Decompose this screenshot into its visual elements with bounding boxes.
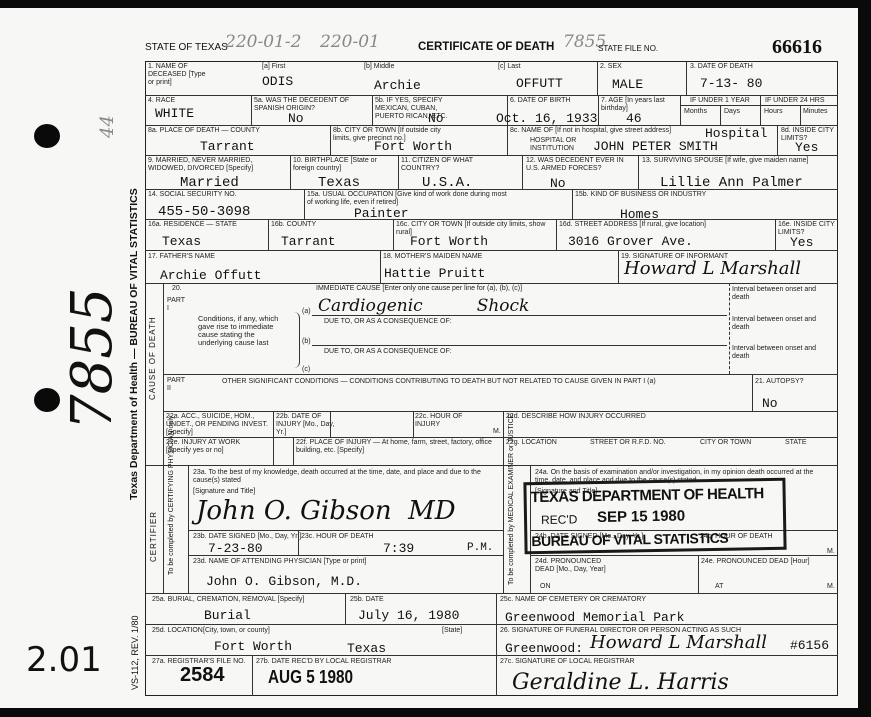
months-label: Months	[684, 108, 707, 116]
f25d-state: Texas	[347, 641, 386, 656]
f9-value: Married	[180, 175, 239, 191]
f25b-label: 25b. DATE	[350, 596, 384, 604]
f27c-signature: Geraldine L. Harris	[512, 670, 729, 695]
f8d-value: Yes	[795, 140, 818, 155]
f23c-suffix: P.M.	[467, 542, 493, 554]
days-label: Days	[724, 108, 740, 116]
f16e-value: Yes	[790, 235, 813, 250]
agency-label: Texas Department of Health — BUREAU OF V…	[128, 188, 140, 500]
f20-b-label: (b)	[302, 338, 311, 346]
f18-value: Hattie Pruitt	[384, 266, 485, 281]
f13-value: Lillie Ann Palmer	[660, 175, 803, 191]
punch-hole-top	[34, 124, 60, 148]
certifier-label: CERTIFIER	[149, 511, 158, 562]
f22c-suffix: M.	[493, 428, 501, 436]
f16a-label: 16a. RESIDENCE — STATE	[148, 221, 237, 229]
f22d-label: 22d. DESCRIBE HOW INJURY OCCURRED	[506, 413, 646, 421]
state-file-number: 66616	[772, 36, 822, 59]
f20-number: 20.	[172, 285, 182, 293]
state-file-label: STATE FILE NO.	[598, 44, 658, 53]
f20-a-value: Cardiogenic Shock	[318, 296, 529, 316]
f20-other-conditions: OTHER SIGNIFICANT CONDITIONS — CONDITION…	[222, 378, 656, 386]
f22b-label: 22b. DATE OF INJURY [Mo., Day, Yr.]	[276, 413, 346, 437]
f20-due-to-1: DUE TO, OR AS A CONSEQUENCE OF:	[324, 318, 452, 326]
f6-value: Oct. 16, 1933	[496, 111, 597, 126]
f12-value: No	[550, 176, 566, 191]
f20-immediate-label: IMMEDIATE CAUSE [Enter only one cause pe…	[316, 285, 522, 293]
f17-value: Archie Offutt	[160, 268, 261, 283]
f22g-state: STATE	[785, 439, 807, 447]
f20-interval-b: Interval between onset and death	[732, 316, 822, 332]
f20-part1: PART I	[167, 297, 187, 313]
f8a-value: Tarrant	[200, 139, 255, 154]
certificate-title: CERTIFICATE OF DEATH	[418, 41, 554, 53]
f26-suffix: #6156	[790, 638, 829, 653]
f8b-value: Fort Worth	[374, 139, 452, 154]
f22g-street: STREET OR R.F.D. NO.	[590, 439, 666, 447]
f19-signature: Howard L Marshall	[624, 258, 801, 279]
state-label: STATE OF TEXAS	[145, 42, 228, 53]
f21-value: No	[762, 396, 778, 411]
f25b-value: July 16, 1980	[358, 608, 459, 623]
f12-label: 12. WAS DECEDENT EVER IN U.S. ARMED FORC…	[526, 157, 636, 173]
medical-examiner-label: To be completed by MEDICAL EXAMINER or J…	[508, 414, 515, 585]
margin-note-bottom: 2.01	[26, 640, 102, 680]
stamp-date: SEP 15 1980	[597, 507, 685, 526]
f27a-value: 2584	[180, 664, 225, 687]
f25d-city-label: [City, town, or county]	[203, 627, 270, 635]
f5a-value: No	[288, 111, 304, 126]
f1-label: 1. NAME OF DECEASED [Type or print]	[148, 63, 208, 87]
f23c-label: 23c. HOUR OF DEATH	[301, 533, 374, 541]
f10-label: 10. BIRTHPLACE [State or foreign country…	[293, 157, 393, 173]
f4-label: 4. RACE	[148, 97, 175, 105]
f23a-label: 23a. To the best of my knowledge, death …	[193, 469, 493, 485]
f8a-label: 8a. PLACE OF DEATH — COUNTY	[148, 127, 260, 135]
f26-prefix: Greenwood:	[505, 641, 583, 656]
f20-part2: PART II	[167, 377, 181, 393]
hours-label: Hours	[764, 108, 783, 116]
f22e-label: 22e. INJURY AT WORK [Specify yes or no]	[166, 439, 266, 455]
f22f-label: 22f. PLACE OF INJURY — At home, farm, st…	[296, 439, 501, 455]
f25d-city: Fort Worth	[214, 639, 292, 654]
f20-c-label: (c)	[302, 366, 310, 374]
f9-label: 9. MARRIED, NEVER MARRIED, WIDOWED, DIVO…	[148, 157, 288, 173]
f23d-label: 23d. NAME OF ATTENDING PHYSICIAN [Type o…	[193, 558, 366, 566]
f27b-value: AUG 5 1980	[268, 667, 353, 688]
f23a-signature: John O. Gibson MD	[196, 496, 456, 526]
minutes-label: Minutes	[803, 108, 828, 116]
f8c-value-suffix: Hospital	[705, 126, 767, 141]
f16b-value: Tarrant	[281, 234, 336, 249]
form-number: VS-112, REV. 1/80	[130, 615, 140, 690]
f1-middle-label: [b] Middle	[364, 63, 394, 71]
f7-value: 46	[626, 111, 642, 126]
f20-conditions-note: Conditions, if any, which gave rise to i…	[198, 315, 288, 347]
f11-label: 11. CITIZEN OF WHAT COUNTRY?	[401, 157, 491, 173]
f5a-label: 5a. WAS THE DECEDENT OF SPANISH ORIGIN?	[254, 97, 369, 113]
f3-label: 3. DATE OF DEATH	[690, 63, 753, 71]
f1-first-value: ODIS	[262, 74, 293, 89]
f11-value: U.S.A.	[422, 175, 472, 191]
f25c-value: Greenwood Memorial Park	[505, 610, 684, 625]
f6-label: 6. DATE OF BIRTH	[510, 97, 570, 105]
f21-label: 21. AUTOPSY?	[755, 378, 804, 386]
f27c-label: 27c. SIGNATURE OF LOCAL REGISTRAR	[500, 658, 635, 666]
f24d-prefix: ON	[540, 583, 551, 591]
f23d-value: John O. Gibson, M.D.	[206, 574, 362, 589]
f22c-label: 22c. HOUR OF INJURY	[415, 413, 475, 429]
f24e-label: 24e. PRONOUNCED DEAD [Hour]	[701, 558, 810, 566]
f4-value: WHITE	[155, 106, 194, 121]
f10-value: Texas	[318, 175, 360, 191]
f25d-label: 25d. LOCATION	[152, 627, 203, 635]
f8c-value: JOHN PETER SMITH	[593, 139, 718, 154]
f3-value: 7-13- 80	[700, 76, 762, 91]
f1-first-label: [a] First	[262, 63, 285, 71]
f13-label: 13. SURVIVING SPOUSE [If wife, give maid…	[642, 157, 808, 165]
f14-label: 14. SOCIAL SECURITY NO.	[148, 191, 237, 199]
f17-label: 17. FATHER'S NAME	[148, 253, 215, 261]
margin-note-mid: 7855	[60, 287, 125, 430]
stamp-line-3: BUREAU OF VITAL STATISTICS	[531, 530, 728, 549]
f20-due-to-2: DUE TO, OR AS A CONSEQUENCE OF:	[324, 348, 452, 356]
f5b-value: No	[428, 111, 444, 126]
f24d-label: 24d. PRONOUNCED DEAD [Mo., Day, Year]	[535, 558, 615, 574]
f22a-label: 22a. ACC., SUICIDE, HOM., UNDET., OR PEN…	[166, 413, 274, 437]
f15b-value: Homes	[620, 207, 659, 222]
under-1-year-label: IF UNDER 1 YEAR	[690, 97, 750, 105]
f22g-city: CITY OR TOWN	[700, 439, 751, 447]
pencil-note-1: 220-01-2	[225, 32, 301, 52]
f15a-label: 15a. USUAL OCCUPATION [Give kind of work…	[307, 191, 507, 207]
f1-middle-value: Archie	[374, 78, 421, 93]
f24e-prefix: AT	[715, 583, 723, 591]
f1-last-value: OFFUTT	[516, 76, 563, 91]
f2-label: 2. SEX	[600, 63, 622, 71]
f14-value: 455-50-3098	[158, 204, 250, 220]
stamp-recd: REC'D	[541, 512, 578, 527]
f16d-value: 3016 Grover Ave.	[568, 234, 693, 249]
f5b-label: 5b. IF YES, SPECIFY MEXICAN, CUBAN, PUER…	[375, 97, 465, 121]
f26-signature: Howard L Marshall	[590, 632, 767, 653]
f15b-label: 15b. KIND OF BUSINESS OR INDUSTRY	[575, 191, 706, 199]
f18-label: 18. MOTHER'S MAIDEN NAME	[383, 253, 482, 261]
punch-hole-bottom	[34, 388, 60, 412]
stamp-line-1: TEXAS DEPARTMENT OF HEALTH	[531, 485, 764, 506]
f1-last-label: [c] Last	[498, 63, 521, 71]
f16b-label: 16b. COUNTY	[271, 221, 316, 229]
f20-interval-a: Interval between onset and death	[732, 286, 822, 302]
f20-interval-c: Interval between onset and death	[732, 345, 822, 361]
f20-a-label: (a)	[302, 308, 311, 316]
f16a-value: Texas	[162, 234, 201, 249]
f25d-state-label: [State]	[442, 627, 462, 635]
pencil-note-2: 220-01	[320, 32, 380, 52]
margin-note-top: 44	[97, 115, 118, 138]
certifying-physician-label: To be completed by CERTIFYING PHYSICIAN …	[168, 475, 175, 575]
f25a-label: 25a. BURIAL, CREMATION, REMOVAL [Specify…	[152, 596, 304, 604]
f27b-label: 27b. DATE REC'D BY LOCAL REGISTRAR	[256, 658, 391, 666]
f23b-label: 23b. DATE SIGNED [Mo., Day, Yr.]	[193, 533, 301, 541]
f25a-value: Burial	[204, 608, 251, 623]
cause-of-death-label: CAUSE OF DEATH	[148, 316, 157, 400]
f16d-label: 16d. STREET ADDRESS [If rural, give loca…	[559, 221, 706, 229]
received-stamp: TEXAS DEPARTMENT OF HEALTH REC'D SEP 15 …	[523, 478, 786, 555]
f2-value: MALE	[612, 77, 643, 92]
under-24-hrs-label: IF UNDER 24 HRS	[765, 97, 825, 105]
f16c-value: Fort Worth	[410, 234, 488, 249]
f8c-sub-label: HOSPITAL OR INSTITUTION	[530, 137, 580, 153]
f23a-sub-label: [Signature and Title]	[193, 488, 255, 496]
f23c-value: 7:39	[383, 541, 414, 556]
f23b-value: 7-23-80	[208, 541, 263, 556]
f8c-label: 8c. NAME OF [If not in hospital, give st…	[510, 127, 671, 135]
f15a-value: Painter	[354, 206, 409, 221]
f25c-label: 25c. NAME OF CEMETERY OR CREMATORY	[500, 596, 646, 604]
f24e-suffix: M.	[827, 583, 835, 591]
